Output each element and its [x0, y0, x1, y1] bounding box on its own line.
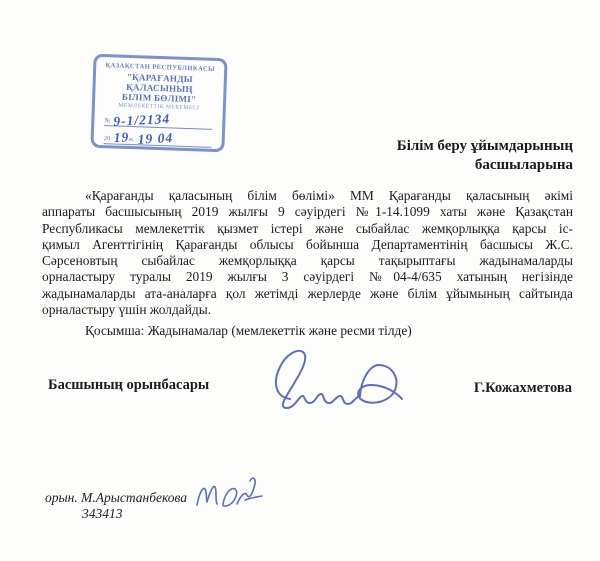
letter-body: «Қарағанды қаласының білім бөлімі» ММ Қа… [42, 188, 573, 340]
attachment-line: Қосымша: Жадынамалар (мемлекеттік және р… [42, 323, 573, 339]
body-line: «Қарағанды қаласының білім бөлімі» ММ Қа… [42, 188, 573, 204]
stamp-date-handwritten: 19 04 [138, 131, 174, 146]
director-signature [260, 345, 412, 419]
stamp-year-handwritten: 19 [113, 130, 129, 144]
addressee-line2: басшыларына [397, 156, 573, 175]
body-line: Республикасы мемлекеттік қызмет істері ж… [42, 221, 573, 237]
stamp-date-row: 20 19 ж. 19 04 [104, 126, 213, 148]
body-line: Сәрсеновтың сыбайлас жемқорлыққа қарсы т… [42, 253, 573, 269]
body-line: орналастыру үшін жолдайды. [42, 302, 573, 318]
addressee-line1: Білім беру ұйымдарының [397, 137, 573, 156]
stamp-number-label: № [104, 116, 111, 125]
body-line: жадынамаларды ата-аналарға қол жетімді ж… [42, 286, 573, 302]
signer-position-title: Басшының орынбасары [48, 377, 209, 394]
executor-block: орын. М.Арыстанбекова 343413 [45, 490, 187, 522]
executor-phone: 343413 [45, 506, 187, 522]
body-line: орналастыру туралы 2019 жылғы 3 сәуірдег… [42, 269, 573, 285]
body-line: аппараты басшысының 2019 жылғы 9 сәуірде… [42, 204, 573, 220]
body-line: қимыл Агенттігінің Қарағанды облысы бойы… [42, 237, 573, 253]
executor-signature [191, 471, 265, 516]
stamp-number-handwritten: 9-1/2134 [113, 112, 170, 128]
scanned-letter-page: ҚАЗАҚСТАН РЕСПУБЛИКАСЫ "ҚАРАҒАНДЫ ҚАЛАСЫ… [0, 0, 600, 561]
executor-name: орын. М.Арыстанбекова [45, 490, 187, 506]
stamp-year-prefix: 20 [104, 134, 111, 143]
official-stamp: ҚАЗАҚСТАН РЕСПУБЛИКАСЫ "ҚАРАҒАНДЫ ҚАЛАСЫ… [90, 54, 227, 153]
signer-name: Г.Кожахметова [474, 380, 572, 397]
addressee-heading: Білім беру ұйымдарының басшыларына [397, 137, 573, 174]
stamp-number-row: № 9-1/2134 [104, 108, 213, 130]
